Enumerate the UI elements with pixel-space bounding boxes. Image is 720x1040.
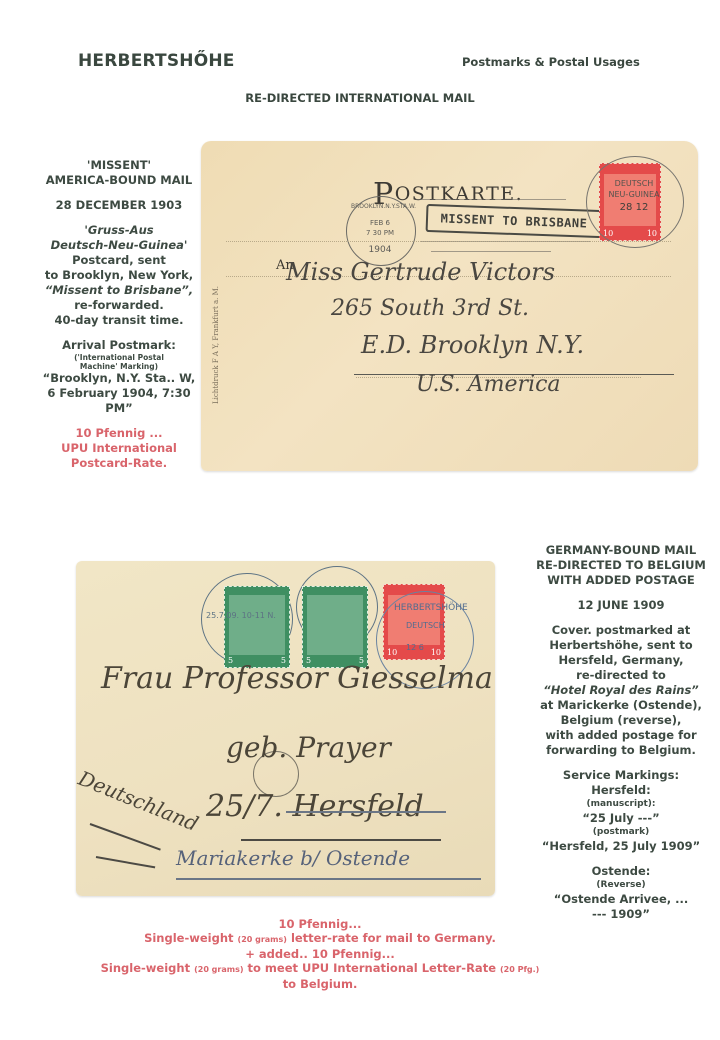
page-title: HERBERTSHŐHE xyxy=(78,51,235,71)
item2-desc-6: at Marickerke (Ostende), xyxy=(526,698,716,713)
rate-note-line-5: to Belgium. xyxy=(60,977,580,991)
postmark-note: (postmark) xyxy=(526,826,716,839)
item1-desc-5: “Missent to Brisbane”, xyxy=(45,283,193,297)
stamp-5pf-green-1: 5 5 xyxy=(224,586,290,668)
brooklyn-postmark-date: FEB 6 xyxy=(351,219,409,227)
envelope-address-line-1: Frau Professor Giesselmann xyxy=(101,661,495,696)
postmark-value: “Hersfeld, 25 July 1909” xyxy=(526,839,716,854)
envelope-address-line-2: geb. Prayer xyxy=(226,731,391,764)
missent-marking: MISSENT TO BRISBANE xyxy=(426,204,603,238)
item2-heading-2: RE-DIRECTED TO BELGIUM xyxy=(526,558,716,573)
item1-date: 28 DECEMBER 1903 xyxy=(40,198,198,213)
address-line-4: U.S. America xyxy=(416,372,561,397)
item2-desc-7: Belgium (reverse), xyxy=(526,713,716,728)
brooklyn-postmark-time: 7 30 PM xyxy=(351,229,409,237)
envelope-redirect-line: Mariakerke b/ Ostende xyxy=(176,846,410,870)
arrival-line-1: “Brooklyn, N.Y. Sta.. W, xyxy=(40,371,198,386)
postmark-deutsch: DEUTSCH xyxy=(406,621,445,630)
postmark-deutsch: DEUTSCH xyxy=(591,179,677,188)
item1-desc-7: 40-day transit time. xyxy=(40,313,198,328)
item1-desc-6: re-forwarded. xyxy=(40,298,198,313)
ostende-label: Ostende: xyxy=(526,864,716,879)
rate-note-line-1: 10 Pfennig... xyxy=(60,917,580,931)
rate-note-line-4: Single-weight (20 grams) to meet UPU Int… xyxy=(60,961,580,977)
rate-note-line-2: Single-weight (20 grams) letter-rate for… xyxy=(60,931,580,947)
item2-desc-4: re-directed to xyxy=(526,668,716,683)
item2-desc-8: with added postage for xyxy=(526,728,716,743)
item2-desc-5: “Hotel Royal des Rains” xyxy=(543,683,698,697)
brooklyn-postmark-ring: BROOKLYN.N.Y.STA.W. xyxy=(351,203,409,210)
rate-note-line-3: + added.. 10 Pfennig... xyxy=(60,947,580,961)
reverse-note: (Reverse) xyxy=(526,879,716,892)
hersfeld-postmark-date: 25.7.09. 10-11 N. xyxy=(206,611,276,620)
address-line-3: E.D. Brooklyn N.Y. xyxy=(361,331,584,359)
item1-heading-1: 'MISSENT' xyxy=(40,158,198,173)
postmark-neu-guinea: NEU-GUINEA xyxy=(591,190,677,199)
rate-note: 10 Pfennig... Single-weight (20 grams) l… xyxy=(60,917,580,991)
manuscript-value: “25 July ---” xyxy=(526,811,716,826)
item2-date: 12 JUNE 1909 xyxy=(526,598,716,613)
item1-heading-2: AMERICA-BOUND MAIL xyxy=(40,173,198,188)
item1-desc-3: Postcard, sent xyxy=(40,253,198,268)
printer-imprint: Lichtdruck F A Y, Frankfurt a. M. xyxy=(212,260,220,430)
rate-line-3: Postcard-Rate. xyxy=(40,456,198,471)
hersfeld-label: Hersfeld: xyxy=(526,783,716,798)
item2-desc-3: Hersfeld, Germany, xyxy=(526,653,716,668)
item2-description: GERMANY-BOUND MAIL RE-DIRECTED TO BELGIU… xyxy=(526,543,716,922)
service-markings-label: Service Markings: xyxy=(526,768,716,783)
item2-heading-1: GERMANY-BOUND MAIL xyxy=(526,543,716,558)
item1-description: 'MISSENT' AMERICA-BOUND MAIL 28 DECEMBER… xyxy=(40,158,198,471)
arrival-note: ('International Postal Machine' Marking) xyxy=(40,353,198,371)
item1-desc-2: Deutsch-Neu-Guinea' xyxy=(51,238,188,252)
arrival-line-2: 6 February 1904, 7:30 PM” xyxy=(40,386,198,416)
item1-desc-1: 'Gruss-Aus xyxy=(84,223,153,237)
rate-line-2: UPU International xyxy=(40,441,198,456)
postmark-ring: HERBERTSHÖHE xyxy=(394,603,468,613)
stamp-5pf-green-2: 5 5 xyxy=(302,586,368,668)
envelope-image: 5 5 5 5 25.7.09. 10-11 N. 10 10 HERBERTS… xyxy=(76,561,495,896)
postmark-date: 28 12 xyxy=(591,202,677,213)
address-line-1: Miss Gertrude Victors xyxy=(286,258,555,286)
page-subtitle: Postmarks & Postal Usages xyxy=(462,55,640,69)
envelope-address-line-3: 25/7. Hersfeld xyxy=(206,789,424,824)
item1-desc-4: to Brooklyn, New York, xyxy=(40,268,198,283)
brooklyn-postmark-year: 1904 xyxy=(351,245,409,255)
address-line-2: 265 South 3rd St. xyxy=(331,296,529,321)
item2-desc-2: Herbertshöhe, sent to xyxy=(526,638,716,653)
postmark-date: 12 6 xyxy=(406,643,424,652)
section-title: RE-DIRECTED INTERNATIONAL MAIL xyxy=(0,91,720,105)
ostende-line-1: “Ostende Arrivee, ... xyxy=(526,892,716,907)
item2-desc-9: forwarding to Belgium. xyxy=(526,743,716,758)
item2-heading-3: WITH ADDED POSTAGE xyxy=(526,573,716,588)
manuscript-note: (manuscript): xyxy=(526,798,716,811)
arrival-label: Arrival Postmark: xyxy=(40,338,198,353)
postcard-image: POSTKARTE. BROOKLYN.N.Y.STA.W. FEB 6 7 3… xyxy=(201,141,698,471)
item2-desc-1: Cover. postmarked at xyxy=(526,623,716,638)
rate-line-1: 10 Pfennig ... xyxy=(40,426,198,441)
